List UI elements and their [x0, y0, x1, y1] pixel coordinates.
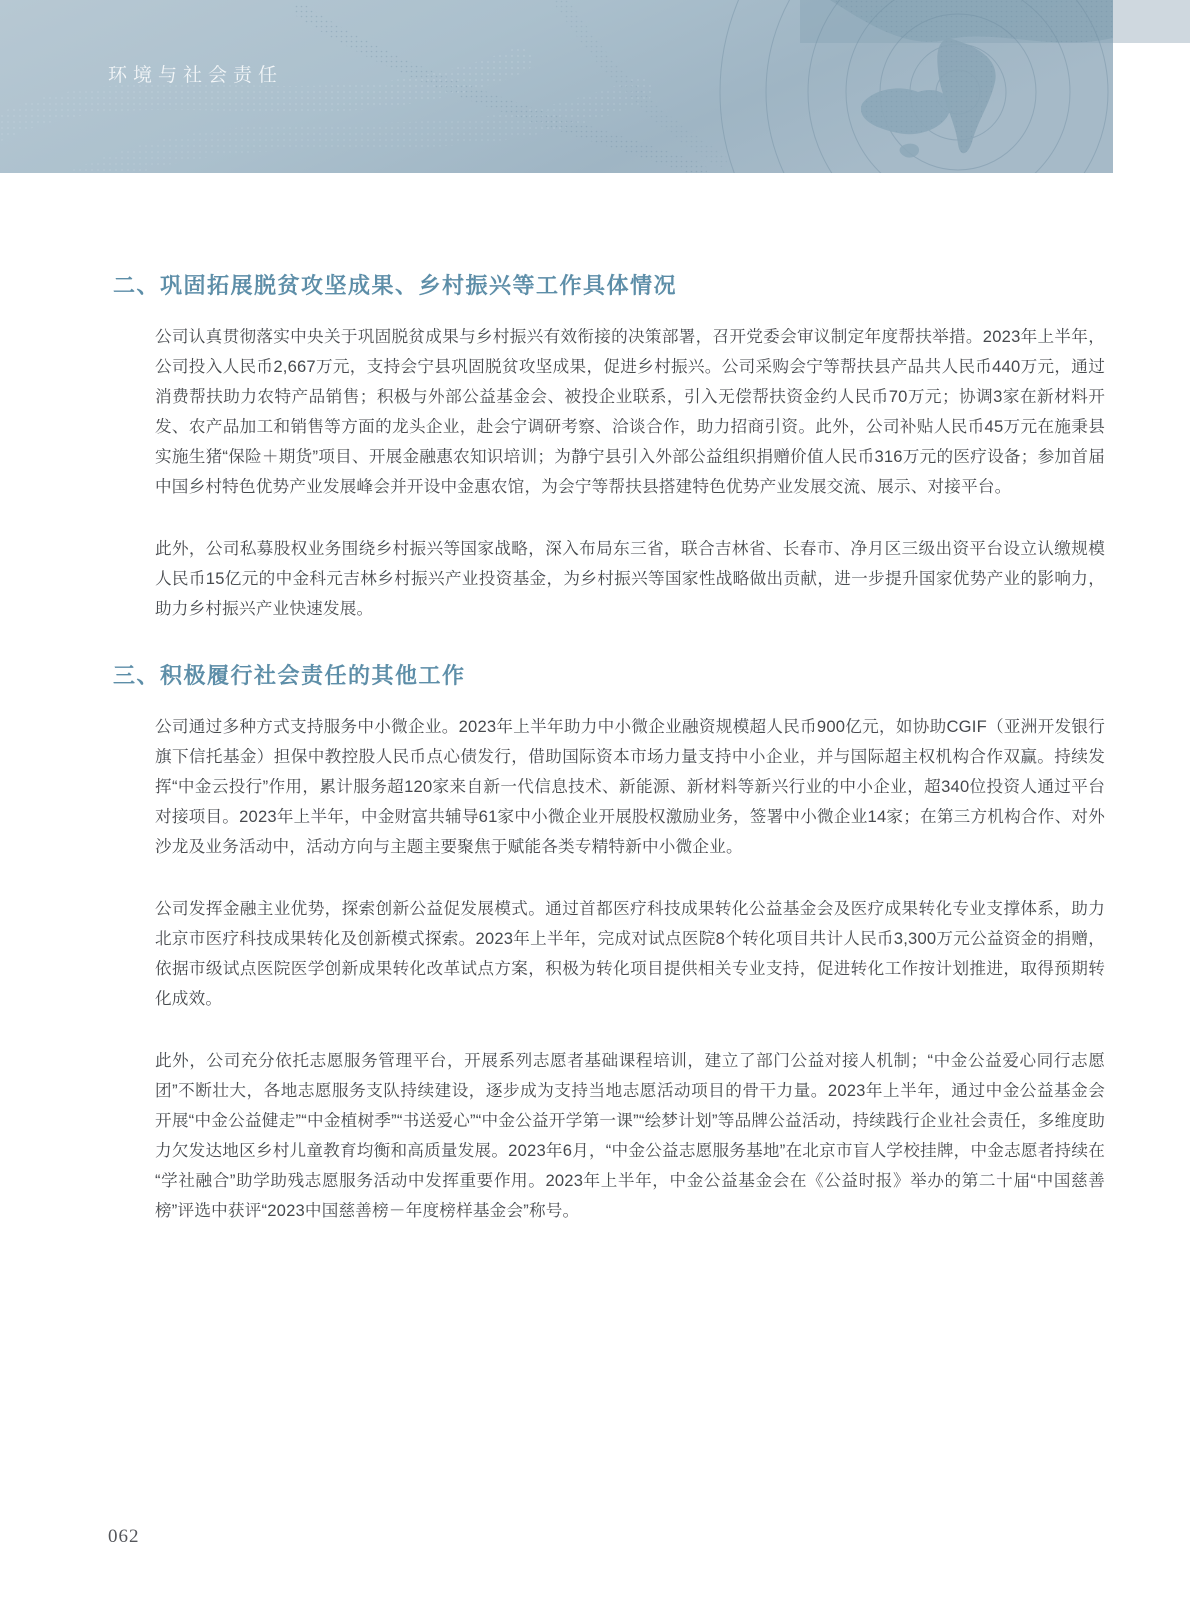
section-heading-3: 三、积极履行社会责任的其他工作 [113, 662, 1105, 690]
document-body: 二、巩固拓展脱贫攻坚成果、乡村振兴等工作具体情况 公司认真贯彻落实中央关于巩固脱… [155, 272, 1105, 1258]
paragraph: 公司认真贯彻落实中央关于巩固脱贫成果与乡村振兴有效衔接的决策部署，召开党委会审议… [155, 322, 1105, 502]
section-heading-2: 二、巩固拓展脱贫攻坚成果、乡村振兴等工作具体情况 [113, 272, 1105, 300]
paragraph: 公司通过多种方式支持服务中小微企业。2023年上半年助力中小微企业融资规模超人民… [155, 712, 1105, 862]
banner-title: 环境与社会责任 [108, 60, 283, 87]
paragraph: 此外，公司充分依托志愿服务管理平台，开展系列志愿者基础课程培训，建立了部门公益对… [155, 1046, 1105, 1226]
header-banner: 环境与社会责任 [0, 0, 1113, 173]
banner-corner-block [1113, 0, 1190, 43]
paragraph: 此外，公司私募股权业务围绕乡村振兴等国家战略，深入布局东三省，联合吉林省、长春市… [155, 534, 1105, 624]
paragraph: 公司发挥金融主业优势，探索创新公益促发展模式。通过首都医疗科技成果转化公益基金会… [155, 894, 1105, 1014]
page-number: 062 [108, 1526, 140, 1548]
